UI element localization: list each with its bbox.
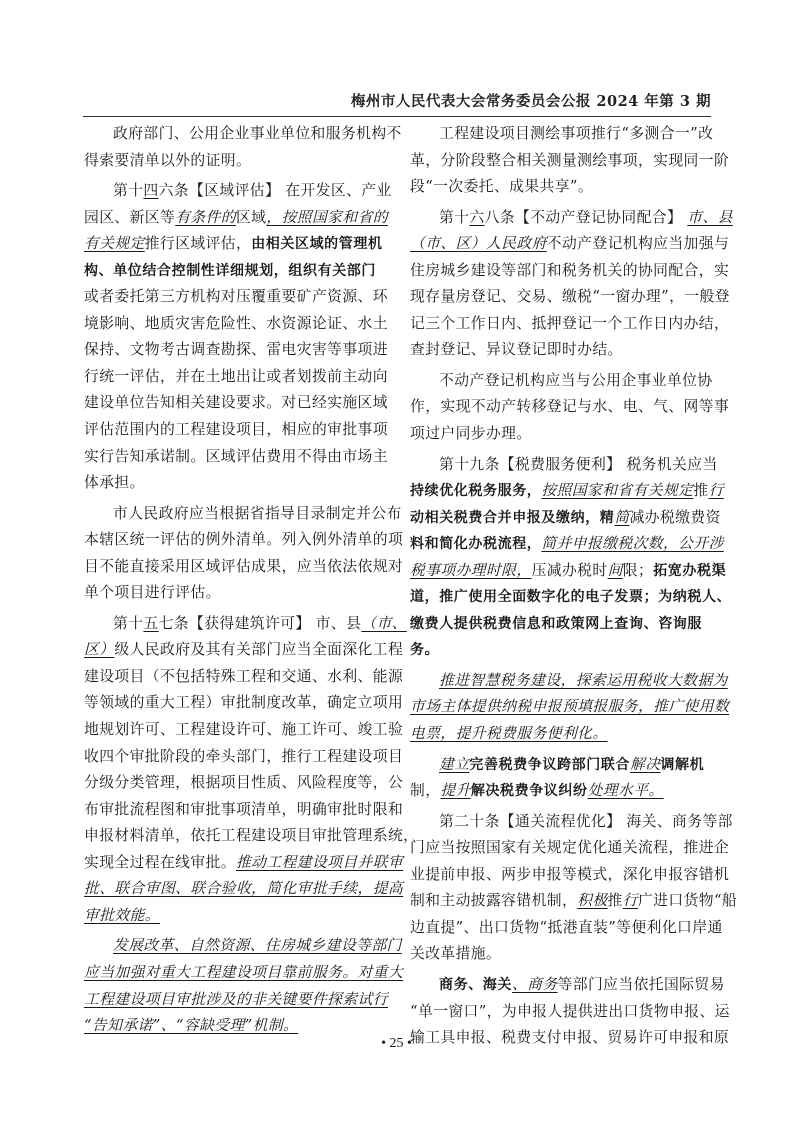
bold-revision: 务。 [410,642,439,658]
revision-mark: 推动工程建设项目并联审 [236,854,403,871]
text-line: 门应当按照国家有关规定优化通关流程，推进企 [410,835,712,862]
revision-mark: 发展改革、自然资源、住房城乡建设等部门 [113,937,402,954]
paragraph: 市人民政府应当根据省指导目录制定并公布 本辖区统一评估的例外清单。列入例外清单的… [84,501,380,607]
text-line: 关改革措施。 [410,941,712,968]
text-line: 实现全过程在线审批。推动工程建设项目并联审 [84,850,380,877]
text-span: 减办税缴费资 [630,509,721,526]
bold-revision: 由相关区域的管理机 [251,236,382,252]
text-line: 批、联合审图、联合验收，简化审批手续，提高 [84,876,380,903]
text-span: 第十 [113,182,143,199]
text-line: 实行告知承诺制。区域评估费用不得由市场主 [84,444,380,471]
revision-mark: 六 [469,209,484,226]
revision-mark: 简 [614,509,629,526]
bold-revision: 组织有关部门 [288,263,376,279]
text-line: 申报材料清单，依托工程建设项目审批管理系统， [84,823,380,850]
text-line: 不动产登记机构应当与公用企事业单位协 [410,368,712,395]
text-span: 级人民政府及其有关部门应当全面深化工程 [114,641,403,658]
revision-mark: 解决 [630,756,660,773]
text-line: 第十九条【税费服务便利】 税务机关应当 [410,452,712,479]
text-line: 单个项目进行评估。 [84,580,380,607]
article-18-real-estate-registration: 第十六八条【不动产登记协同配合】 市、县 （市、区）人民政府不动产登记机构应当加… [410,205,712,364]
bold-revision: 道，推广使用全面数字化的电子发票；为纳税人、 [410,589,731,605]
paragraph: 工程建设项目测绘事项推行“多测合一”改 革，分阶段整合相关测量测绘事项，实现同一… [410,121,712,201]
bold-revision: 调解机 [660,757,704,773]
text-line: 应当加强对重大工程建设项目靠前服务。对重大 [84,960,380,987]
text-span: 限； [623,562,653,579]
text-line: 建立完善税费争议跨部门联合解决调解机 [410,752,712,779]
bold-revision: 解决税费争议纠纷 [471,783,588,799]
article-17-construction-permit: 第十五七条【获得建筑许可】 市、县（市、 区）级人民政府及其有关部门应当全面深化… [84,611,380,930]
running-header: 梅州市人民代表大会常务委员会公报 2024 年第 3 期 [83,90,711,114]
text-line: 发展改革、自然资源、住房城乡建设等部门 [84,933,380,960]
article-19-tax-service: 第十九条【税费服务便利】 税务机关应当 持续优化税务服务，按照国家和省有关规定推… [410,452,712,664]
text-line: 商务、海关、商务等部门应当依托国际贸易 [410,972,712,999]
text-line: 本辖区统一评估的例外清单。列入例外清单的项 [84,527,380,554]
text-line: 第二十条【通关流程优化】 海关、商务等部 [410,809,712,836]
text-line: 或者委托第三方机构对压覆重要矿产资源、环 [84,284,380,311]
revision-mark: 行 [623,892,638,909]
revision-mark: 税事项办理时限， [410,562,532,579]
revision-mark: 推进智慧税务建设，探索运用税收大数据为 [439,672,728,689]
bold-revision: 拓宽办税渠 [653,563,726,579]
text-line: 收四个审批阶段的牵头部门，推行工程建设项目 [84,744,380,771]
text-line: 得索要清单以外的证明。 [84,148,380,175]
header-rule [83,116,711,117]
text-line: 境影响、地质灾害危险性、水资源论证、水土 [84,311,380,338]
bold-revision: 完善税费争议跨部门联合 [469,757,630,773]
revision-mark: 有关规定 [84,235,145,252]
revision-mark: 批、联合审图、联合验收，简化审批手续，提高 [84,880,403,897]
text-span: 推行区域评估， [145,235,251,252]
paragraph: 发展改革、自然资源、住房城乡建设等部门 应当加强对重大工程建设项目靠前服务。对重… [84,933,380,1039]
text-span: 压减办税时 [532,562,608,579]
right-column: 工程建设项目测绘事项推行“多测合一”改 革，分阶段整合相关测量测绘事项，实现同一… [410,121,712,1052]
text-line: 市场主体提供纳税申报预填报服务，推广使用数 [410,694,712,721]
text-line: 税事项办理时限，压减办税时间限；拓宽办税渠 [410,558,712,585]
article-16-regional-assessment: 第十四六条【区域评估】 在开发区、产业 园区、新区等有条件的区域，按照国家和省的… [84,178,380,497]
paragraph: 建立完善税费争议跨部门联合解决调解机 制，提升解决税费争议纠纷处理水平。 [410,752,712,805]
text-line: 业提前申报、两步申报等模式，深化申报容错机 [410,862,712,889]
text-line: 料和简化办税流程，简并申报缴税次数，公开涉 [410,531,712,558]
text-line: 推进智慧税务建设，探索运用税收大数据为 [410,668,712,695]
revision-mark: 区） [84,641,114,658]
revision-mark: 积极 [577,892,607,909]
text-span: 实现全过程在线审批。 [84,854,236,871]
bold-revision: 缴费人提供税费信息和政策网上查询、咨询服 [410,616,702,632]
text-line: 现存量房登记、交易、缴税“一窗办理”，一般登 [410,284,712,311]
text-line: 作，实现不动产转移登记与水、电、气、网等事 [410,394,712,421]
bold-revision: 构、单位结合控制性详细规划， [84,263,288,279]
text-span: 七条【获得建筑许可】 市、县 [159,615,362,632]
text-line: 革，分阶段整合相关测量测绘事项，实现同一阶 [410,148,712,175]
revision-mark: “告知承诺”、“容缺受理”机制。 [84,1017,298,1034]
revision-mark: 简并申报缴税次数，公开涉 [541,535,723,552]
text-span: 制， [410,782,440,799]
article-20-customs-clearance: 第二十条【通关流程优化】 海关、商务等部 门应当按照国家有关规定优化通关流程，推… [410,809,712,968]
revision-mark: 工程建设项目审批涉及的非关键要件探索试行 [84,991,388,1008]
paragraph: 政府部门、公用企业事业单位和服务机构不 得索要清单以外的证明。 [84,121,380,174]
text-line: 布审批流程图和审批事项清单，明确审批时限和 [84,797,380,824]
text-span: 等部门应当依托国际贸易 [558,976,725,993]
revision-mark: （市、区）人民政府 [410,235,547,252]
bold-revision: 动相关税费合并申报及缴纳，精 [410,510,614,526]
paragraph: 不动产登记机构应当与公用企事业单位协 作，实现不动产转移登记与水、电、气、网等事… [410,368,712,448]
text-line: 分级分类管理，根据项目性质、风险程度等，公 [84,770,380,797]
revision-mark: 、商务 [512,976,558,993]
text-span: 八条【不动产登记协同配合】 [485,209,688,226]
text-line: 地规划许可、工程建设许可、施工许可、竣工验 [84,717,380,744]
left-column: 政府部门、公用企业事业单位和服务机构不 得索要清单以外的证明。 第十四六条【区域… [84,121,380,1040]
text-line: 工程建设项目测绘事项推行“多测合一”改 [410,121,712,148]
text-span: 园区、新区等 [84,209,175,226]
revision-mark: 建立 [439,756,469,773]
text-line: 动相关税费合并申报及缴纳，精简减办税缴费资 [410,505,712,532]
text-line: 区）级人民政府及其有关部门应当全面深化工程 [84,637,380,664]
text-line: 构、单位结合控制性详细规划，组织有关部门 [84,258,380,285]
text-line: （市、区）人民政府不动产登记机构应当加强与 [410,231,712,258]
page-number: • 25 • [0,1036,793,1052]
text-line: 第十五七条【获得建筑许可】 市、县（市、 [84,611,380,638]
text-line: 电票，提升税费服务便利化。 [410,721,712,748]
revision-mark: 间 [608,562,623,579]
text-line: 持续优化税务服务，按照国家和省有关规定推行 [410,478,712,505]
revision-mark: 应当加强对重大工程建设项目靠前服务。对重大 [84,964,403,981]
text-line: 住房城乡建设等部门和税务机关的协同配合，实 [410,258,712,285]
bold-revision: 持续优化税务服务， [410,483,541,499]
text-line: 保持、文物考古调查勘探、雷电灾害等事项进 [84,337,380,364]
revision-mark: 市场主体提供纳税申报预填报服务，推广使用数 [410,698,729,715]
text-span: 制和主动披露容错机制， [410,892,577,909]
text-line: 建设项目（不包括特殊工程和交通、水利、能源 [84,664,380,691]
text-line: 道，推广使用全面数字化的电子发票；为纳税人、 [410,584,712,611]
revision-mark: 处理水平。 [588,782,664,799]
text-line: 段“一次委托、成果共享”。 [410,174,712,201]
text-line: 工程建设项目审批涉及的非关键要件探索试行 [84,987,380,1014]
text-line: 记三个工作日内、抵押登记一个工作日内办结， [410,311,712,338]
text-span: 六条【区域评估】 在开发区、产业 [159,182,392,199]
text-line: 市人民政府应当根据省指导目录制定并公布 [84,501,380,528]
text-line: 项过户同步办理。 [410,421,712,448]
text-line: 制和主动披露容错机制，积极推行广进口货物“船 [410,888,712,915]
revision-mark: 按照国家和省有关规定 [541,482,693,499]
text-line: 审批效能。 [84,903,380,930]
text-line: 第十四六条【区域评估】 在开发区、产业 [84,178,380,205]
text-line: 查封登记、异议登记即时办结。 [410,337,712,364]
text-line: 评估范围内的工程建设项目，相应的审批事项 [84,417,380,444]
revision-mark: 五 [143,615,158,632]
revision-mark: （市、 [361,615,407,632]
text-span: 第十 [439,209,469,226]
bold-revision: 料和简化办税流程， [410,536,541,552]
revision-mark: 市、县 [687,209,733,226]
text-span: 推 [693,482,708,499]
text-line: 体承担。 [84,470,380,497]
revision-mark: 电票，提升税费服务便利化。 [410,725,608,742]
text-line: “单一窗口”，为申报人提供进出口货物申报、运 [410,999,712,1026]
revision-mark: 审批效能。 [84,907,160,924]
revision-mark: 有条件的 [175,209,236,226]
text-line: 制，提升解决税费争议纠纷处理水平。 [410,778,712,805]
text-line: 缴费人提供税费信息和政策网上查询、咨询服 [410,611,712,638]
text-span: 广进口货物“船 [638,892,737,909]
text-line: 第十六八条【不动产登记协同配合】 市、县 [410,205,712,232]
text-line: 有关规定推行区域评估，由相关区域的管理机 [84,231,380,258]
text-line: 园区、新区等有条件的区域，按照国家和省的 [84,205,380,232]
text-span: 推 [608,892,623,909]
text-span: 区域 [236,209,266,226]
text-line: 等领域的重大工程）审批制度改革，确定立项用 [84,690,380,717]
text-line: 目不能直接采用区域评估成果，应当依法依规对 [84,554,380,581]
text-line: 行统一评估，并在土地出让或者划拨前主动向 [84,364,380,391]
text-span: 第十 [113,615,143,632]
revision-mark: 行 [709,482,724,499]
text-span: 不动产登记机构应当加强与 [547,235,729,252]
text-line: 建设单位告知相关建设要求。对已经实施区域 [84,390,380,417]
text-line: 政府部门、公用企业事业单位和服务机构不 [84,121,380,148]
revision-mark: ，按照国家和省的 [266,209,388,226]
text-line: 务。 [410,637,712,664]
bold-revision: 商务、海关 [439,977,512,993]
paragraph: 推进智慧税务建设，探索运用税收大数据为 市场主体提供纳税申报预填报服务，推广使用… [410,668,712,748]
revision-mark: 提升 [440,782,470,799]
revision-mark: 四 [143,182,158,199]
text-line: 边直提”、出口货物“抵港直装”等便利化口岸通 [410,915,712,942]
